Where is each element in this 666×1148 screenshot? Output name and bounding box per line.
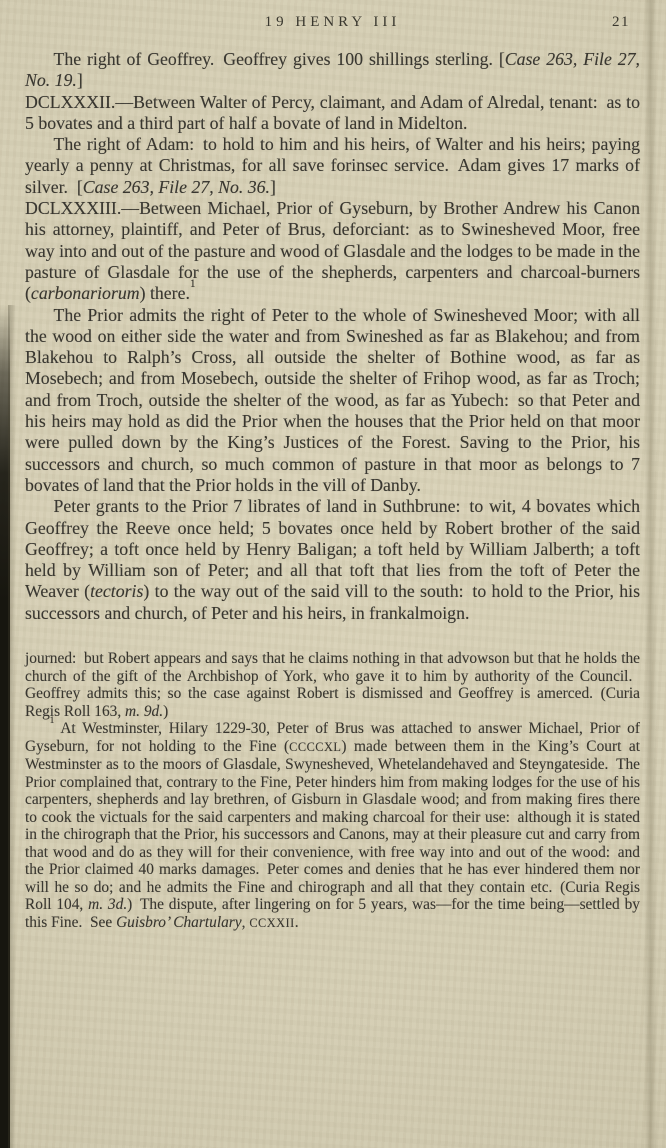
text-run: CCXXII (249, 916, 294, 930)
text-run: Guisbro’ Chartulary (116, 914, 242, 931)
footnote-1: 1 At Westminster, Hilary 1229-30, Peter … (25, 720, 640, 932)
text-run: Case 263, File 27, No. 36. (83, 177, 270, 197)
paragraph-right-of-geoffrey: The right of Geoffrey. Geoffrey gives 10… (25, 49, 640, 92)
paragraph-right-of-adam: The right of Adam: to hold to him and hi… (25, 134, 640, 198)
paragraph-prior-admits: The Prior admits the right of Peter to t… (25, 305, 640, 497)
paragraph-peter-grants: Peter grants to the Prior 7 librates of … (25, 496, 640, 624)
running-title: 19 HENRY III (265, 14, 401, 31)
text-run: carbonariorum (31, 283, 140, 303)
text-run: . (295, 914, 299, 931)
paragraph-entry-dclxxxiii: DCLXXXIII.—Between Michael, Prior of Gys… (25, 198, 640, 304)
footnote-reference: 1 (50, 715, 55, 726)
page-header: 19 HENRY III 21 (25, 14, 640, 34)
text-run: The right of Geoffrey. Geoffrey gives 10… (53, 49, 504, 69)
body-text: The right of Geoffrey. Geoffrey gives 10… (25, 49, 640, 624)
binding-shadow-fade (8, 305, 16, 1148)
paragraph-entry-dclxxxii: DCLXXXII.—Between Walter of Percy, claim… (25, 92, 640, 135)
text-run: m. 3d. (88, 896, 127, 913)
text-run: ) made between them in the King’s Court … (25, 738, 640, 914)
text-run: ) there. (140, 283, 190, 303)
book-page: 19 HENRY III 21 The right of Geoffrey. G… (0, 0, 666, 1148)
text-run: ) (163, 703, 168, 720)
text-run: The Prior admits the right of Peter to t… (25, 305, 640, 495)
footnotes: journed: but Robert appears and says tha… (25, 650, 640, 932)
footnote-reference: 1 (190, 278, 196, 290)
footnote-continuation: journed: but Robert appears and says tha… (25, 650, 640, 720)
text-run: ] (77, 70, 83, 90)
text-run: ] (270, 177, 276, 197)
text-run: tectoris (90, 581, 143, 601)
page-number: 21 (612, 14, 630, 31)
text-run: journed: but Robert appears and says tha… (25, 650, 640, 720)
text-run: CCCCXL (289, 740, 341, 754)
page-curl-shadow (644, 0, 657, 1148)
text-run: DCLXXXII.—Between Walter of Percy, claim… (25, 92, 640, 133)
text-run: m. 9d. (125, 703, 163, 720)
